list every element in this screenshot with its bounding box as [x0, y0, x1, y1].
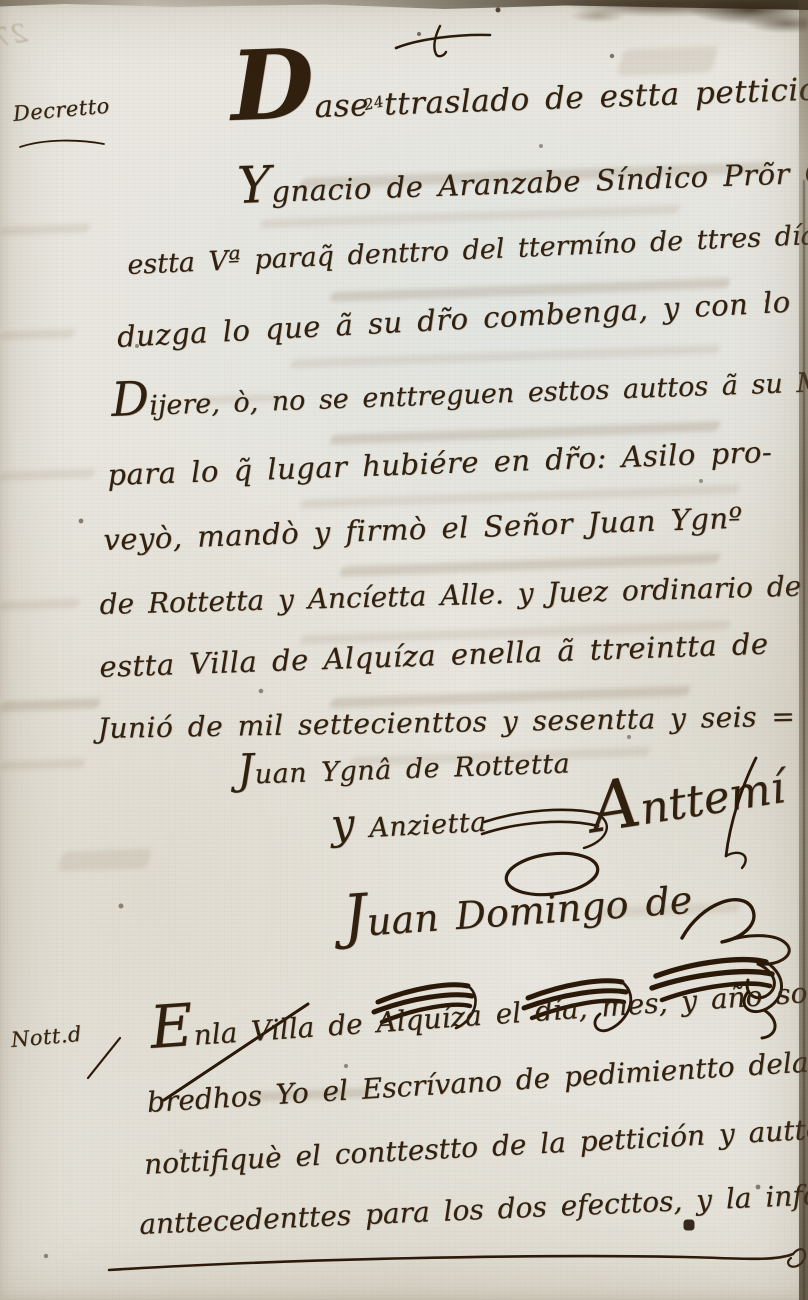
signature-alcalde-line2: y Anzietta — [330, 807, 487, 846]
decree-line-9: estta Villa de Alquíza enella ã ttreintt… — [99, 627, 769, 684]
folio-bleed-mark: 27 — [0, 18, 30, 53]
notification-line-4: anttecedenttes para los dos efecttos, y … — [139, 1177, 808, 1241]
ink-specks — [0, 0, 2, 2]
manuscript-page: 27 Decretto 24 Dase ttraslado de estta p… — [0, 0, 808, 1300]
decree-line-2: Ygnacio de Aranzabe Síndico Prõr Grãl de — [237, 152, 808, 210]
decree-line-8: de Rottetta y Ancíetta Alle. y Juez ordi… — [99, 570, 802, 621]
decree-line-3: estta Vª paraq̃ denttro del ttermíno de … — [127, 217, 808, 281]
page-edge-line — [803, 180, 805, 1300]
top-edge-stain — [0, 0, 808, 10]
decree-line-4: duzga lo que ã su dr̃o combenga, y con l… — [116, 283, 808, 354]
decree-line-5: Dijere, ò, no se enttreguen esttos autto… — [111, 366, 808, 423]
notification-line-3: nottifiquè el conttestto de la pettición… — [143, 1112, 808, 1181]
bottom-rule — [105, 1246, 805, 1286]
signature-alcalde-line1: Juan Ygnâ de Rottetta — [237, 748, 571, 791]
decree-line-10: Junió de mil settecienttos y sesentta y … — [97, 700, 795, 745]
margin-note-decreto: Decretto — [12, 94, 111, 126]
decree-line-6: para lo q̃ lugar hubiére en dr̃o: Asilo … — [107, 435, 773, 492]
invocation-cross-icon — [388, 18, 498, 58]
decree-line-1: Dase ttraslado de estta pettición ã Juan — [230, 57, 808, 128]
decreto-underline — [16, 136, 108, 152]
margin-note-notificado: Nott.d — [10, 1022, 83, 1052]
notificado-slash — [82, 1034, 124, 1082]
ante-mi-flourish — [712, 752, 772, 872]
decree-line-7: veyò, mandò y firmò el Señor Juan Ygnº — [103, 501, 743, 557]
